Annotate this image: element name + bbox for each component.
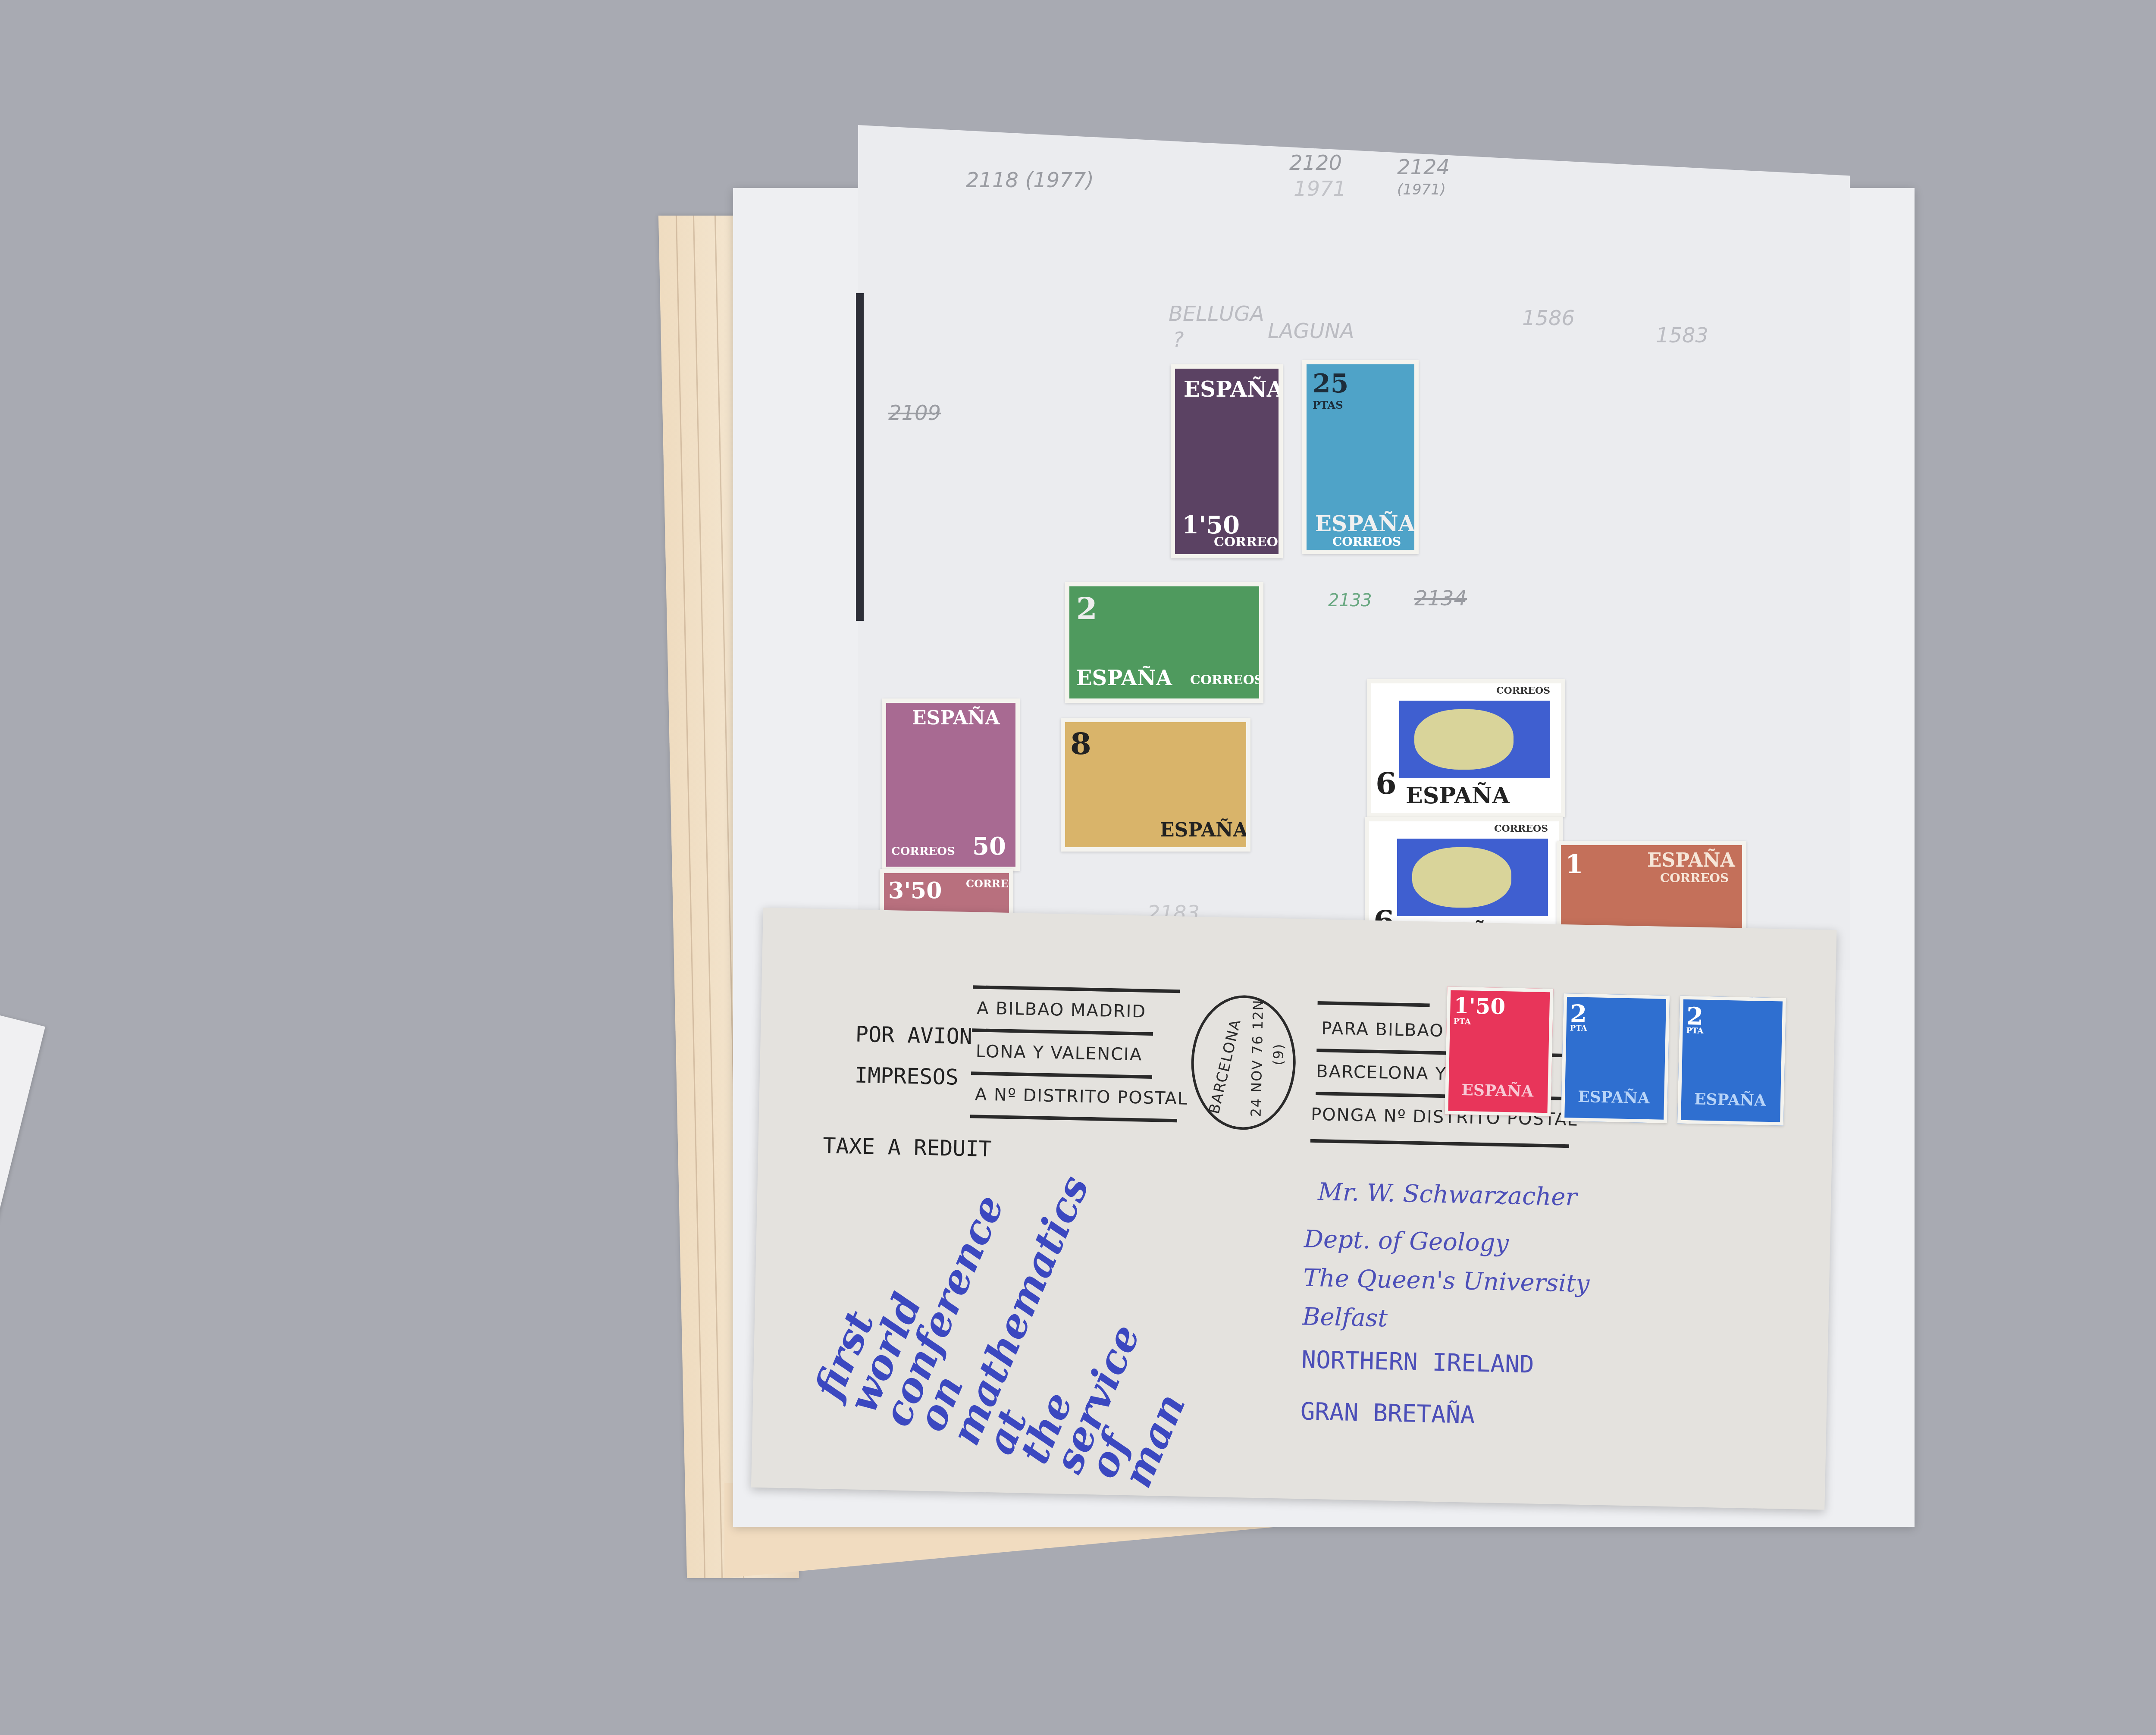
cancel-text: LONA Y VALENCIA <box>976 1041 1143 1065</box>
cancel-line <box>1310 1139 1569 1148</box>
album-page-shadow-edge <box>856 293 864 621</box>
cancel-text: A BILBAO MADRID <box>977 998 1147 1021</box>
pencil-note: 2134 <box>1414 586 1467 611</box>
postage-stamp-2b: 2 PTA ESPAÑA <box>1677 996 1786 1126</box>
pencil-note: 2118 (1977) <box>966 168 1094 192</box>
cancel-line <box>970 1115 1177 1122</box>
pencil-note: 2109 <box>888 401 941 425</box>
stamp-sinagoga: ESPAÑA 50 CORREOS <box>882 698 1020 871</box>
pencil-note: 2124 <box>1397 155 1450 179</box>
envelope: A BILBAO MADRID LONA Y VALENCIA A Nº DIS… <box>751 908 1837 1510</box>
pencil-note: 1586 <box>1522 306 1575 330</box>
stamp-belluga: ESPAÑA 1'50 CORREOS <box>1171 364 1283 558</box>
address-line: The Queen's University <box>1303 1264 1590 1298</box>
pencil-note: 2133 <box>1328 591 1372 611</box>
cancel-line <box>971 1071 1152 1079</box>
postage-stamp-1-50: 1'50 PTA ESPAÑA <box>1445 987 1553 1116</box>
pencil-note: 1583 <box>1656 323 1708 348</box>
pencil-note: 1971 <box>1294 177 1346 201</box>
cancel-text: A Nº DISTRITO POSTAL <box>975 1084 1188 1109</box>
address-line: Mr. W. Schwarzacher <box>1318 1178 1577 1212</box>
postage-stamp-2a: 2 PTA ESPAÑA <box>1561 993 1670 1123</box>
pencil-note: ? <box>1173 328 1184 352</box>
pencil-note: 2120 <box>1289 151 1342 175</box>
cancel-line <box>973 985 1180 993</box>
handwritten-taxe-reduit: TAXE A REDUIT <box>823 1133 992 1162</box>
stamp-navidad: 8 ESPAÑA <box>1061 718 1250 852</box>
address-line: Dept. of Geology <box>1304 1225 1509 1257</box>
handwritten-impresos: IMPRESOS <box>854 1063 959 1090</box>
card-stack-left-edge <box>0 1009 45 1696</box>
stamp-sapo-partero-1: 6 ESPAÑA CORREOS <box>1367 679 1565 817</box>
address-line: NORTHERN IRELAND <box>1301 1346 1535 1378</box>
handwritten-por-avion: POR AVION <box>855 1022 972 1049</box>
pencil-note: (1971) <box>1397 181 1446 198</box>
cancel-line <box>1318 1001 1430 1007</box>
stamp-laguna: 25 PTAS ESPAÑA CORREOS <box>1302 360 1419 554</box>
address-line: GRAN BRETAÑA <box>1300 1397 1475 1429</box>
cancel-line <box>972 1028 1153 1036</box>
stamp-cartuja: 2 ESPAÑA CORREOS <box>1065 582 1263 703</box>
address-line: Belfast <box>1302 1303 1388 1332</box>
postmark: BARCELONA 24 NOV 76 12N (9) <box>1190 994 1297 1131</box>
pencil-note: LAGUNA <box>1268 319 1354 343</box>
pencil-note: BELLUGA <box>1169 302 1264 326</box>
